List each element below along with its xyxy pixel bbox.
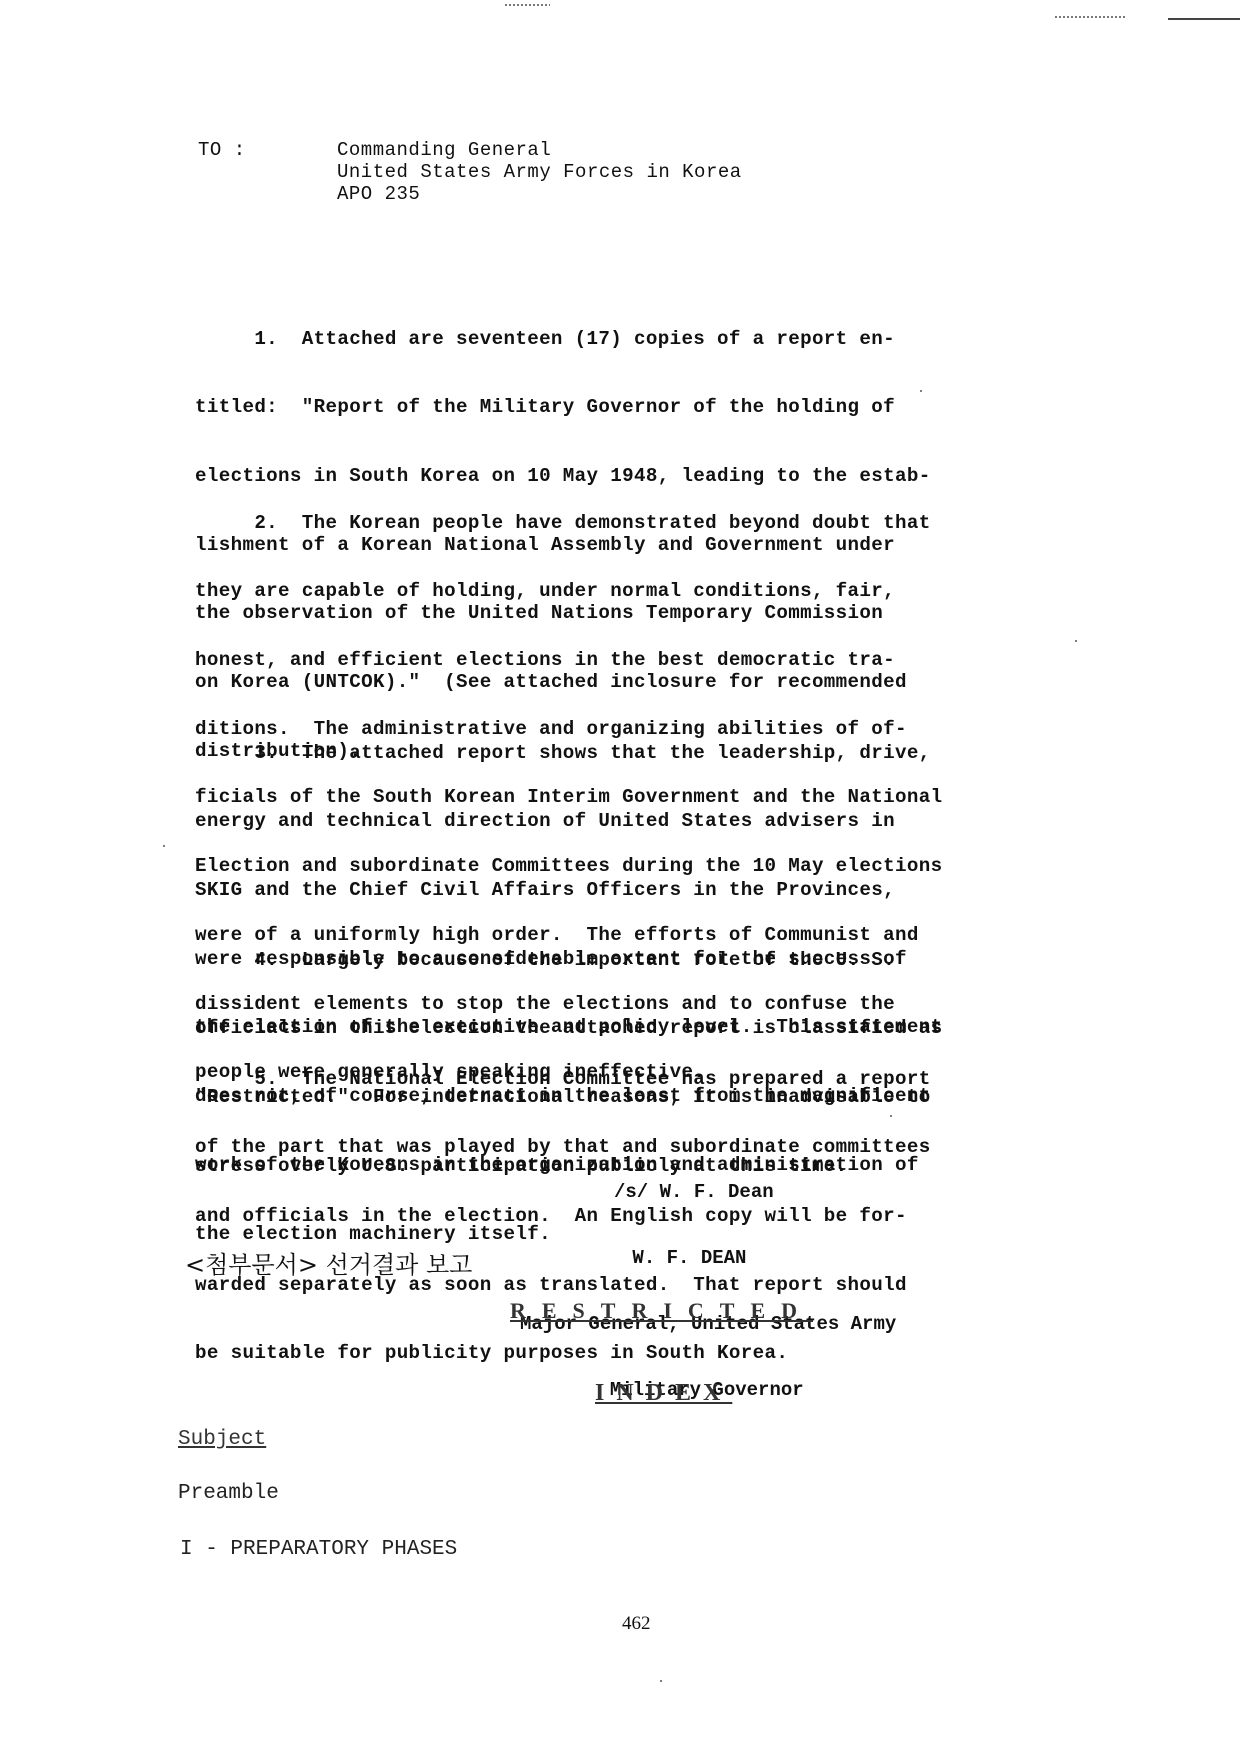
text-line: 4. Largely because of the important role…: [195, 949, 1070, 972]
index-heading: INDEX: [595, 1380, 732, 1407]
signature-name: W. F. DEAN: [520, 1247, 896, 1269]
addressee-line: United States Army Forces in Korea: [337, 161, 742, 183]
signature-line: /s/ W. F. Dean: [520, 1181, 896, 1203]
scan-artifact: [505, 4, 550, 6]
index-item-preamble: Preamble: [178, 1482, 279, 1505]
addressee-lines: Commanding General United States Army Fo…: [337, 139, 742, 205]
addressee-line: APO 235: [337, 183, 742, 205]
to-label: TO :: [198, 139, 298, 161]
scan-speck: [920, 390, 922, 392]
text-line: 2. The Korean people have demonstrated b…: [195, 512, 1070, 535]
text-line: energy and technical direction of United…: [195, 810, 1070, 833]
text-line: titled: "Report of the Military Governor…: [195, 396, 1070, 419]
addressee-line: Commanding General: [337, 139, 742, 161]
scan-speck: [1075, 640, 1077, 642]
scan-artifacts: [0, 4, 1240, 14]
scan-artifact: [1055, 16, 1125, 18]
text-line: 5. The National Election Committee has p…: [195, 1068, 1070, 1091]
korean-attachment-caption: <첨부문서> 선거결과 보고: [185, 1250, 472, 1280]
scan-speck: [890, 1115, 892, 1117]
text-line: 1. Attached are seventeen (17) copies of…: [195, 328, 1070, 351]
scanned-document-page: TO : Commanding General United States Ar…: [0, 0, 1240, 1755]
subject-label: Subject: [178, 1428, 266, 1451]
scan-speck: [660, 1680, 662, 1682]
text-line: they are capable of holding, under norma…: [195, 580, 1070, 603]
scan-artifact: [1168, 18, 1240, 20]
scan-speck: [163, 845, 165, 847]
page-number: 462: [622, 1613, 651, 1635]
text-line: 3. The attached report shows that the le…: [195, 742, 1070, 765]
index-item-preparatory-phases: I - PREPARATORY PHASES: [180, 1538, 457, 1561]
classification-stamp: RESTRICTED: [510, 1298, 813, 1324]
